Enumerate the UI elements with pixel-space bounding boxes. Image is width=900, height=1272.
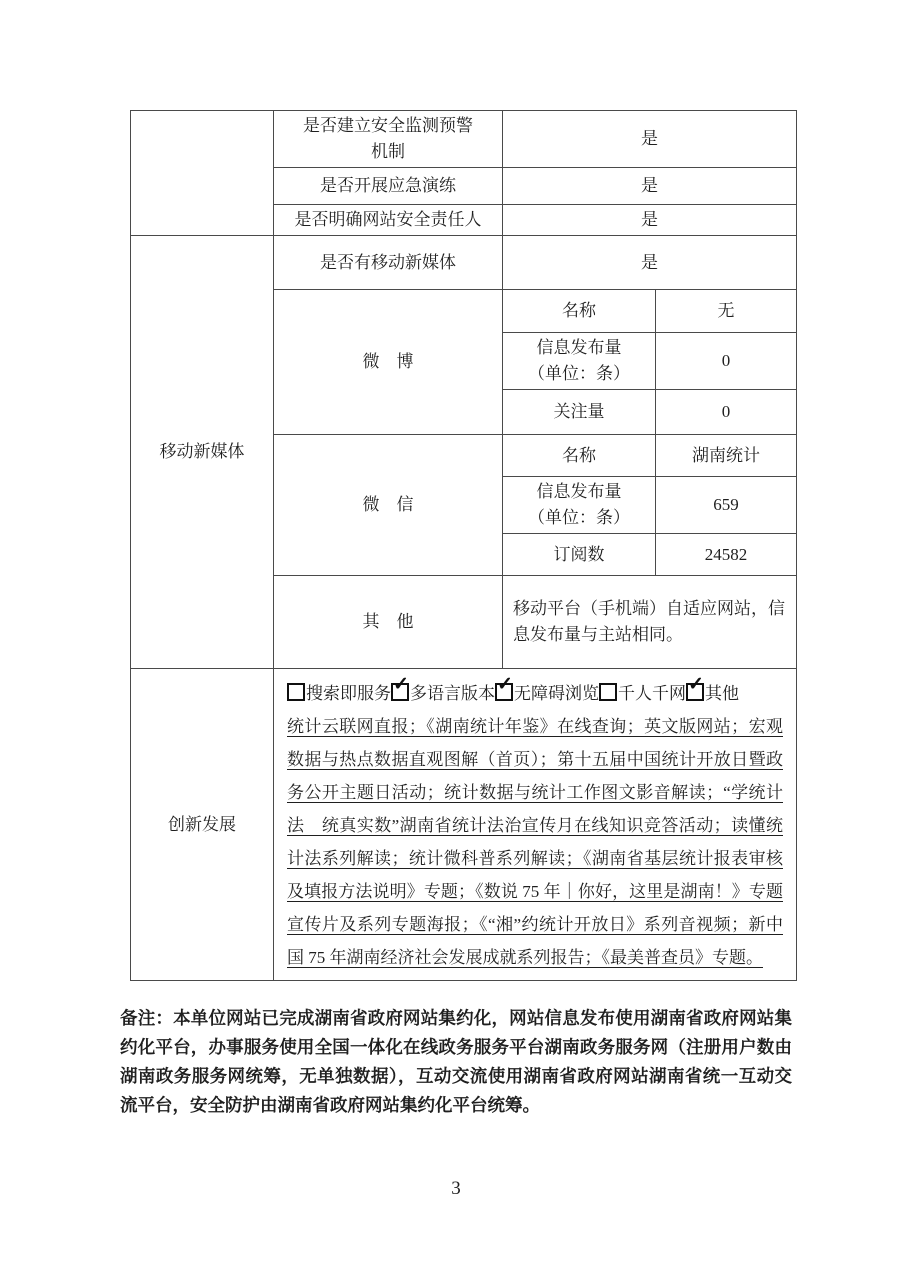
row-value: 湖南统计 (656, 435, 797, 477)
row-label: 订阅数 (503, 534, 656, 576)
innovation-content-cell: 搜索即服务多语言版本无障碍浏览千人千网其他 统计云联网直报；《湖南统计年鉴》在线… (274, 669, 797, 981)
checkbox-option[interactable]: 其他 (686, 684, 739, 703)
checkbox-icon[interactable] (495, 683, 513, 701)
checkbox-option[interactable]: 千人千网 (599, 684, 686, 703)
remarks-note: 备注：本单位网站已完成湖南省政府网站集约化，网站信息发布使用湖南省政府网站集约化… (120, 1004, 792, 1120)
table-row: 移动新媒体 是否有移动新媒体 是 (131, 236, 797, 290)
checkbox-icon[interactable] (391, 683, 409, 701)
checkbox-label: 千人千网 (618, 684, 686, 703)
checkbox-icon[interactable] (599, 683, 617, 701)
row-value: 是 (503, 205, 797, 236)
other-value: 移动平台（手机端）自适应网站，信息发布量与主站相同。 (503, 576, 797, 669)
row-label: 信息发布量 （单位：条） (503, 333, 656, 390)
row-label: 关注量 (503, 390, 656, 435)
row-value: 是 (503, 236, 797, 290)
row-label: 名称 (503, 290, 656, 333)
checkbox-icon[interactable] (686, 683, 704, 701)
innovation-detail-text: 统计云联网直报；《湖南统计年鉴》在线查询；英文版网站；宏观数据与热点数据直观图解… (287, 710, 783, 974)
checkbox-icon[interactable] (287, 683, 305, 701)
row-value: 是 (503, 111, 797, 168)
table-row: 创新发展 搜索即服务多语言版本无障碍浏览千人千网其他 统计云联网直报；《湖南统计… (131, 669, 797, 981)
row-value: 是 (503, 168, 797, 205)
row-label: 是否明确网站安全责任人 (274, 205, 503, 236)
page-number: 3 (0, 1178, 900, 1200)
row-label: 名称 (503, 435, 656, 477)
row-value: 无 (656, 290, 797, 333)
checkbox-option[interactable]: 搜索即服务 (287, 684, 391, 703)
annual-report-table: 是否建立安全监测预警 机制 是 是否开展应急演练 是 是否明确网站安全责任人 是… (130, 110, 797, 981)
checkbox-label: 搜索即服务 (306, 684, 391, 703)
row-label: 信息发布量 （单位：条） (503, 477, 656, 534)
section-label-innovation: 创新发展 (131, 669, 274, 981)
checkbox-label: 其他 (705, 684, 739, 703)
row-label: 是否有移动新媒体 (274, 236, 503, 290)
table-row: 是否建立安全监测预警 机制 是 (131, 111, 797, 168)
checkbox-label: 多语言版本 (410, 684, 495, 703)
row-value: 0 (656, 333, 797, 390)
row-value: 0 (656, 390, 797, 435)
row-value: 659 (656, 477, 797, 534)
other-label: 其 他 (274, 576, 503, 669)
weibo-label: 微 博 (274, 290, 503, 435)
section-label-mobile-media: 移动新媒体 (131, 236, 274, 669)
wechat-label: 微 信 (274, 435, 503, 576)
row-label: 是否建立安全监测预警 机制 (274, 111, 503, 168)
checkbox-label: 无障碍浏览 (514, 684, 599, 703)
checkbox-option[interactable]: 多语言版本 (391, 684, 495, 703)
row-label: 是否开展应急演练 (274, 168, 503, 205)
row-value: 24582 (656, 534, 797, 576)
checkbox-option[interactable]: 无障碍浏览 (495, 684, 599, 703)
section-label-cell-empty (131, 111, 274, 236)
